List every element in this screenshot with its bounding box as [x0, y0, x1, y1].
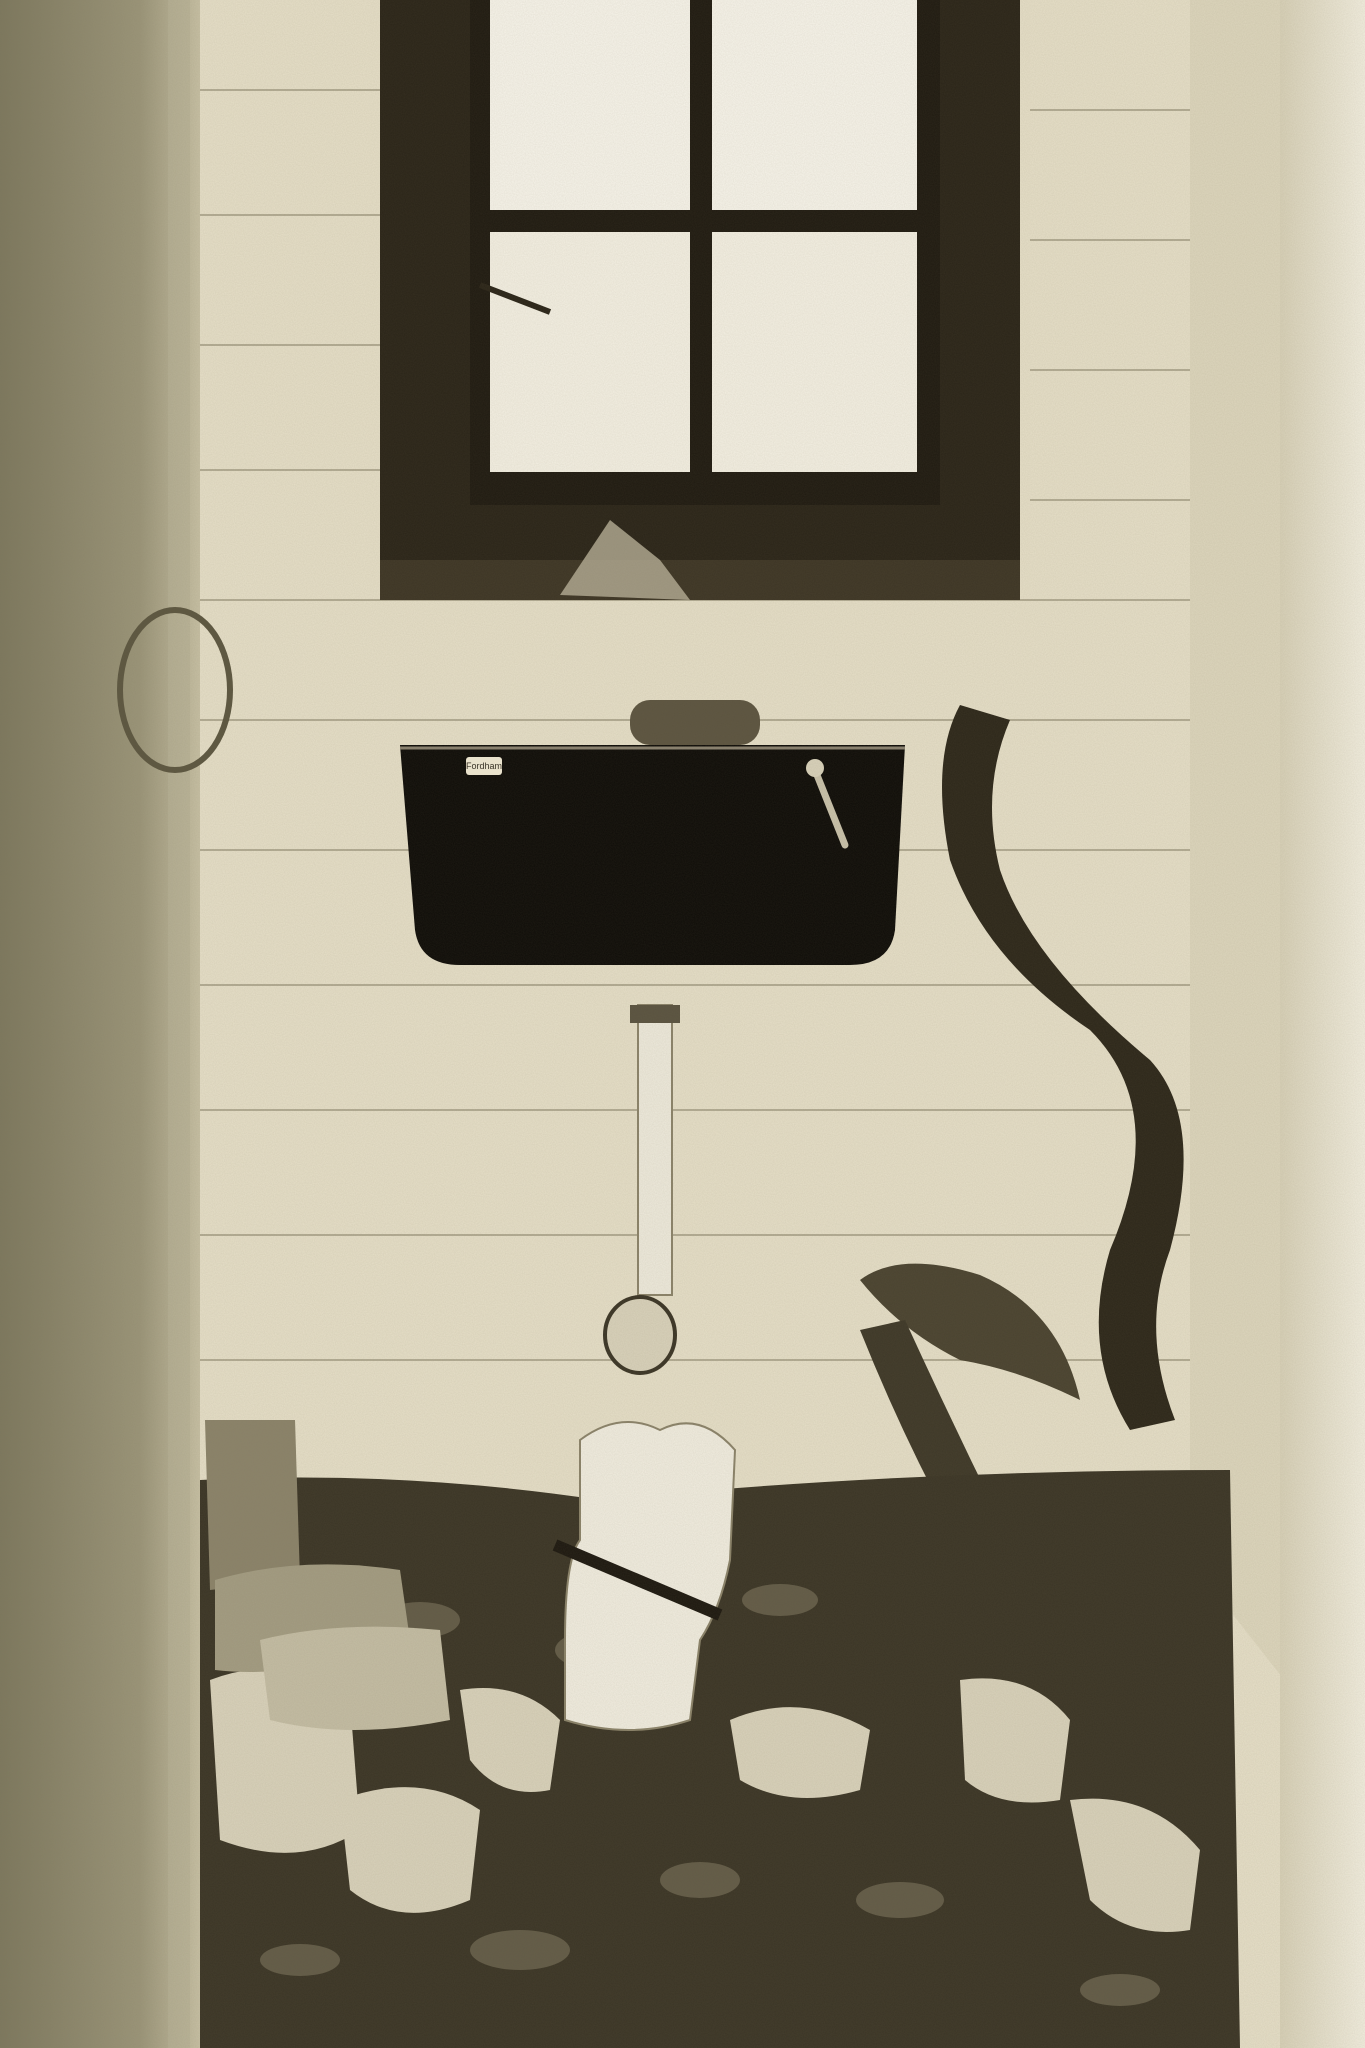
cistern-brand-label: Fordham	[466, 757, 502, 775]
film-grain	[0, 0, 1365, 2048]
photo-illustration	[0, 0, 1365, 2048]
photo-scene: Fordham	[0, 0, 1365, 2048]
